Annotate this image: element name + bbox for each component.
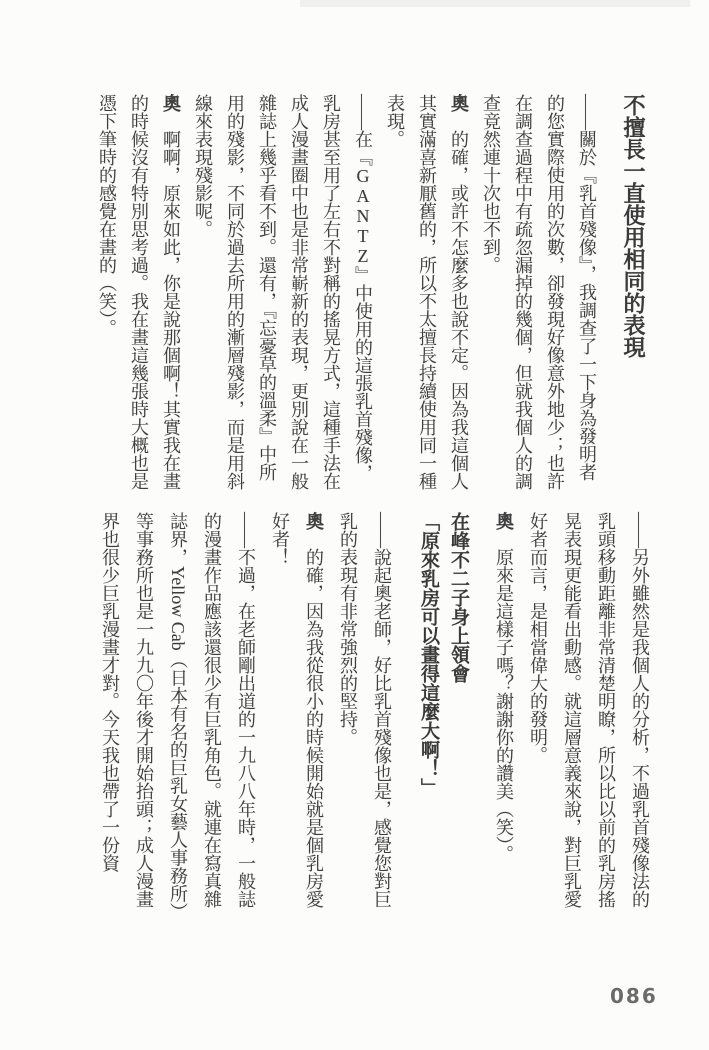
- answer-paragraph-3: 奧 原來是這樣子嗎？謝謝你的讚美（笑）。: [487, 512, 521, 912]
- answer-text: 的確，或許不怎麼多也說不定。因為我這個人其實滿喜新厭舊的，所以不太擅長持續使用同…: [385, 94, 469, 490]
- latin-word-gantz: GANTZ: [353, 166, 373, 266]
- answer-paragraph-2: 奧 啊啊，原來如此，你是說那個啊！其實我在畫的時候沒有特別思考過。我在畫這幾張時…: [91, 94, 187, 494]
- speaker-name: 奧: [304, 512, 324, 530]
- question-paragraph-3: ——另外雖然是我個人的分析，不過乳首殘像法的乳頭移動距離非常清楚明瞭，所以比以前…: [521, 512, 657, 912]
- speaker-name: 奧: [494, 512, 514, 530]
- heading-line-2: 「原來乳房可以畫得這麼大啊！」: [418, 512, 439, 797]
- answer-paragraph-4: 奧 的確，因為我從很小的時候開始就是個乳房愛好者！: [263, 512, 331, 912]
- page-number: 086: [610, 984, 658, 1008]
- question-paragraph-4: ——說起奧老師，好比乳首殘像也是，感覺您對巨乳的表現有非常強烈的堅持。: [331, 512, 399, 912]
- section-heading: 在峰不二子身上領會「原來乳房可以畫得這麼大啊！」: [413, 512, 473, 912]
- answer-text: 原來是這樣子嗎？謝謝你的讚美（笑）。: [494, 530, 514, 863]
- answer-paragraph-1: 奧 的確，或許不怎麼多也說不定。因為我這個人其實滿喜新厭舊的，所以不太擅長持續使…: [379, 94, 475, 494]
- section-title: 不擅長一直使用相同的表現: [615, 94, 651, 494]
- question-text-pre: ——在『: [353, 94, 373, 166]
- book-page: 不擅長一直使用相同的表現 ——關於『乳首殘像』，我調查了一下身為發明者的您實際使…: [0, 0, 709, 1050]
- answer-text: 的確，因為我從很小的時候開始就是個乳房愛好者！: [270, 512, 324, 908]
- interview-section-top: 不擅長一直使用相同的表現 ——關於『乳首殘像』，我調查了一下身為發明者的您實際使…: [91, 94, 651, 494]
- question-paragraph-5: ——不過，在老師剛出道的一九八八年時，一般誌的漫畫作品應該還很少有巨乳角色。就連…: [93, 512, 263, 912]
- heading-line-1: 在峰不二子身上領會: [448, 512, 469, 683]
- answer-text: 啊啊，原來如此，你是說那個啊！其實我在畫的時候沒有特別思考過。我在畫這幾張時大概…: [97, 94, 181, 490]
- scan-edge-artifact: [300, 0, 690, 7]
- question-text-post: 』中使用的這張乳首殘像，乳房甚至用了左右不對稱的搖晃方式，這種手法在成人漫畫圈中…: [193, 94, 373, 490]
- question-paragraph-1: ——關於『乳首殘像』，我調查了一下身為發明者的您實際使用的次數，卻發現好像意外地…: [475, 94, 603, 494]
- question-paragraph-2: ——在『GANTZ』中使用的這張乳首殘像，乳房甚至用了左右不對稱的搖晃方式，這種…: [187, 94, 379, 494]
- latin-word-yellow-cab: Yellow Cab: [168, 566, 188, 651]
- speaker-name: 奧: [161, 94, 181, 112]
- interview-section-bottom: ——另外雖然是我個人的分析，不過乳首殘像法的乳頭移動距離非常清楚明瞭，所以比以前…: [93, 512, 657, 912]
- speaker-name: 奧: [449, 94, 469, 112]
